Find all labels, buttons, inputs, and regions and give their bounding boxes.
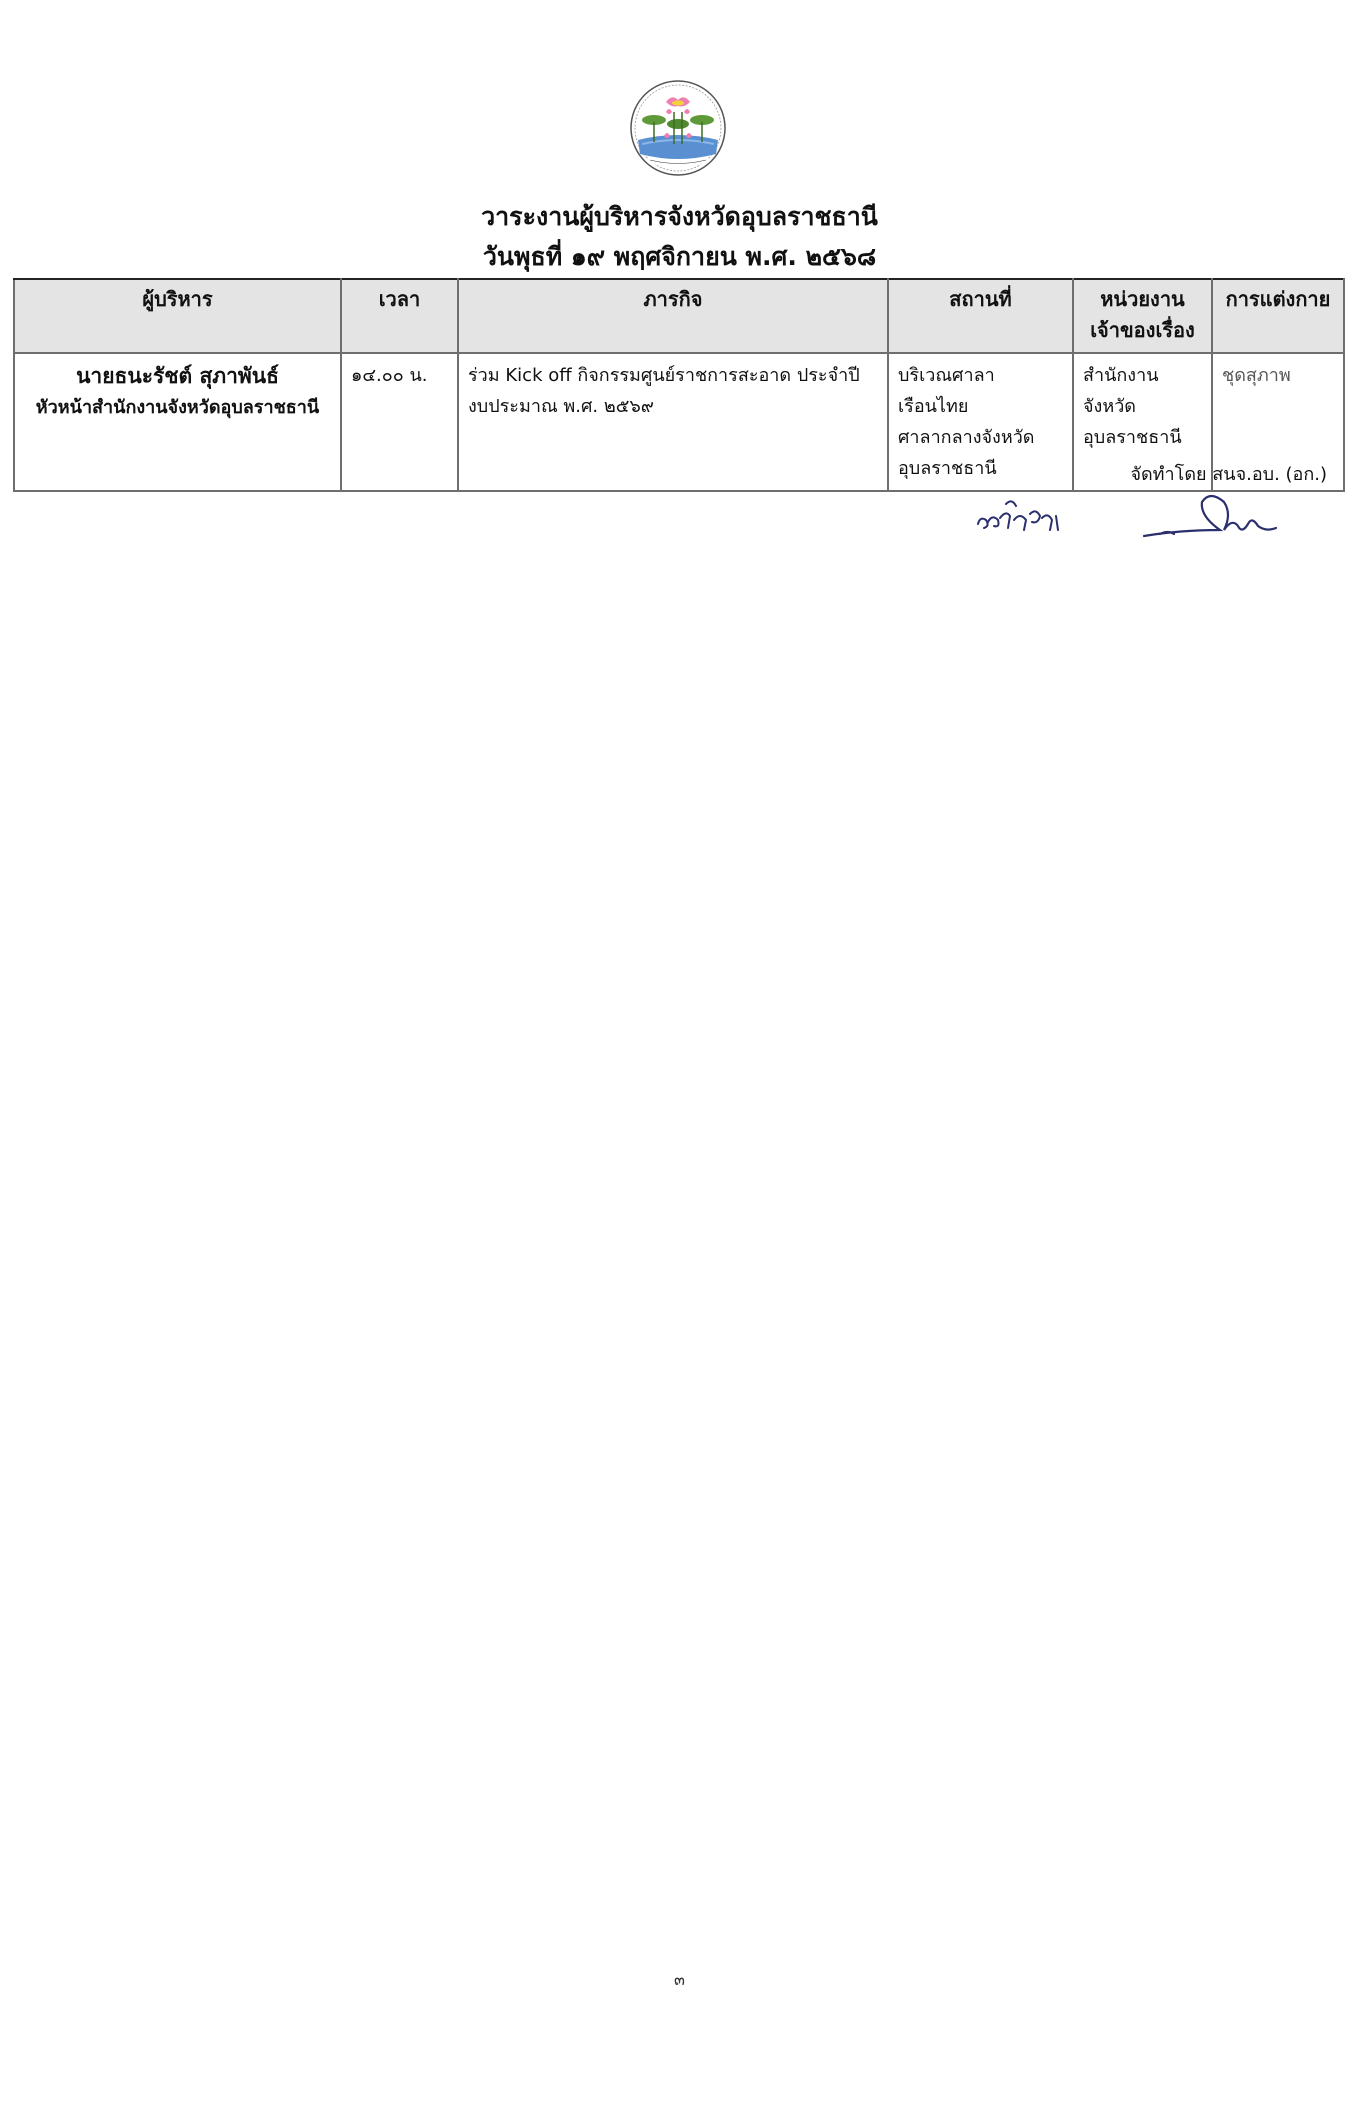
agency-line1: สำนักงาน: [1083, 360, 1202, 391]
handwritten-signature-2-icon: [1140, 490, 1280, 540]
cell-location: บริเวณศาลาเรือนไทย ศาลากลางจังหวัด อุบลร…: [888, 353, 1073, 491]
location-line1: บริเวณศาลาเรือนไทย: [898, 360, 1063, 422]
agency-line3: อุบลราชธานี: [1083, 422, 1202, 453]
column-header-dress: การแต่งกาย: [1212, 279, 1344, 353]
column-header-executive: ผู้บริหาร: [14, 279, 341, 353]
mission-line1: ร่วม Kick off กิจกรรมศูนย์ราชการสะอาด ปร…: [468, 360, 878, 391]
agenda-date: วันพุธที่ ๑๙ พฤศจิกายน พ.ศ. ๒๕๖๘: [0, 237, 1359, 277]
lotus-emblem-icon: [628, 78, 728, 178]
page-title: วาระงานผู้บริหารจังหวัดอุบลราชธานี: [0, 197, 1359, 237]
cell-time: ๑๔.๐๐ น.: [341, 353, 458, 491]
column-header-mission: ภารกิจ: [458, 279, 888, 353]
table-header-row: ผู้บริหาร เวลา ภารกิจ สถานที่ หน่วยงาน เ…: [14, 279, 1344, 353]
cell-mission: ร่วม Kick off กิจกรรมศูนย์ราชการสะอาด ปร…: [458, 353, 888, 491]
location-line2: ศาลากลางจังหวัด: [898, 422, 1063, 453]
cell-executive: นายธนะรัชต์ สุภาพันธ์ หัวหน้าสำนักงานจัง…: [14, 353, 341, 491]
column-header-time: เวลา: [341, 279, 458, 353]
prepared-by-note: จัดทำโดย สนจ.อบ. (อก.): [1130, 459, 1327, 488]
executive-position: หัวหน้าสำนักงานจังหวัดอุบลราชธานี: [24, 392, 331, 424]
agency-header-line2: เจ้าของเรื่อง: [1083, 315, 1202, 346]
page-number: ๓: [0, 1968, 1359, 1993]
agency-line2: จังหวัด: [1083, 391, 1202, 422]
mission-line2: งบประมาณ พ.ศ. ๒๕๖๙: [468, 391, 878, 422]
column-header-location: สถานที่: [888, 279, 1073, 353]
location-line3: อุบลราชธานี: [898, 453, 1063, 484]
agency-header-line1: หน่วยงาน: [1083, 284, 1202, 315]
provincial-emblem-logo: [628, 78, 728, 178]
executive-name: นายธนะรัชต์ สุภาพันธ์: [24, 360, 331, 392]
column-header-agency: หน่วยงาน เจ้าของเรื่อง: [1073, 279, 1212, 353]
handwritten-signature-1-icon: [970, 490, 1080, 540]
